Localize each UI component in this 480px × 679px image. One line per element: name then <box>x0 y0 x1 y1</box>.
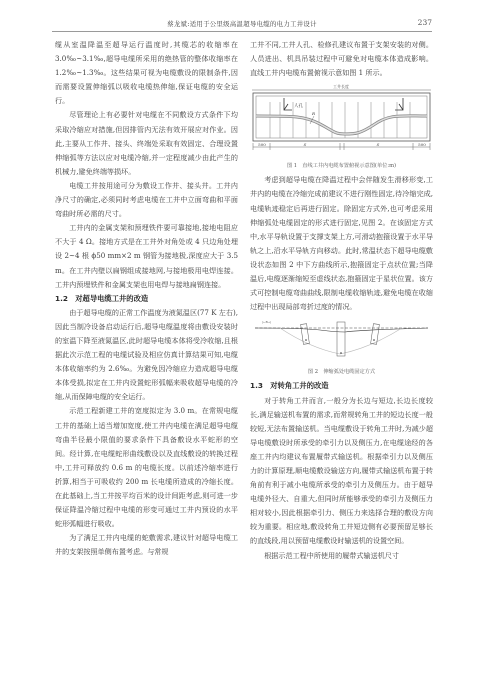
figure-2-caption: 图 2 伸缩弧处电缆固定方式 <box>250 367 433 377</box>
section-heading-1-2: 1.2 对超导电缆工井的改造 <box>55 292 238 306</box>
paragraph: 由于超导电缆的正常工作温度为液氮温区(77 K 左右),因此当制冷设备启动运行后… <box>55 306 238 405</box>
paragraph: 根据示范工程中所使用的履带式输送机尺寸 <box>250 549 433 563</box>
figure-1-diagram: 工井长度 人孔 <box>250 84 433 156</box>
radius-label: R <box>311 111 315 116</box>
svg-text:S: S <box>377 142 380 147</box>
figure-2: |←B→| 图 2 伸缩弧处电缆固定方式 <box>250 318 433 377</box>
svg-text:500: 500 <box>418 142 426 147</box>
page-number: 237 <box>418 18 432 27</box>
manhole-label: 人孔 <box>294 102 303 109</box>
figure-2-diagram: |←B→| <box>250 318 433 362</box>
svg-text:|←B→|: |←B→| <box>262 320 271 324</box>
figure-1: 工井长度 人孔 <box>250 84 433 171</box>
svg-text:500: 500 <box>258 142 266 147</box>
left-column: 缆从室温降温至超导运行温度时,其缆芯的收缩率在 3.0‰~3.1‰,超导电缆所采… <box>55 38 238 559</box>
paragraph: 对于转角工井而言,一般分为长边与短边,长边长度较长,满足输送机布置的需求,而常规… <box>250 394 433 549</box>
svg-text:S: S <box>304 142 307 147</box>
paragraph: 工井内的金属支架和预埋铁件要可靠接地,接地电阻应不大于 4 Ω。接地方式是在工井… <box>55 221 238 291</box>
running-header: 蔡龙斌:适用于公里级高温超导电缆的电力工井设计 237 <box>52 17 432 32</box>
paragraph: 电缆工井按用途可分为敷设工作井、接头井。工井内净尺寸的确定,必须同时考虑电缆在工… <box>55 179 238 221</box>
paragraph: 示范工程新建工井的宽度拟定为 3.0 m。在常规电缆工井的基础上适当增加宽度,使… <box>55 404 238 531</box>
section-heading-1-3: 1.3 对转角工井的改造 <box>250 379 433 393</box>
figure-1-caption: 图 1 直线工井内电缆布置俯视示意图(单位:m) <box>250 161 433 171</box>
paragraph: 缆从室温降温至超导运行温度时,其缆芯的收缩率在 3.0‰~3.1‰,超导电缆所采… <box>55 38 238 108</box>
paragraph: 尽管理论上有必要针对电缆在不同敷设方式条件下均采取冷缩应对措施,但因排管内无法有… <box>55 108 238 178</box>
paragraph: 工井不同,工井人孔、检修孔建议布置于支架安装的对侧。人员进出、机具吊装过程中可避… <box>250 38 433 80</box>
running-title: 蔡龙斌:适用于公里级高温超导电缆的电力工井设计 <box>52 19 432 28</box>
paragraph: 为了满足工井内电缆的蛇敷需求,建议针对超导电缆工井的支架按照单侧布置考虑。与常规 <box>55 531 238 559</box>
paragraph: 考虑到超导电缆在降温过程中会伴随发生滑移形变,工井内的电缆在冷缩完成前建议不进行… <box>250 173 433 314</box>
right-column: 工井不同,工井人孔、检修孔建议布置于支架安装的对侧。人员进出、机具吊装过程中可避… <box>250 38 433 563</box>
figure-1-length-label: 工井长度 <box>333 84 349 89</box>
